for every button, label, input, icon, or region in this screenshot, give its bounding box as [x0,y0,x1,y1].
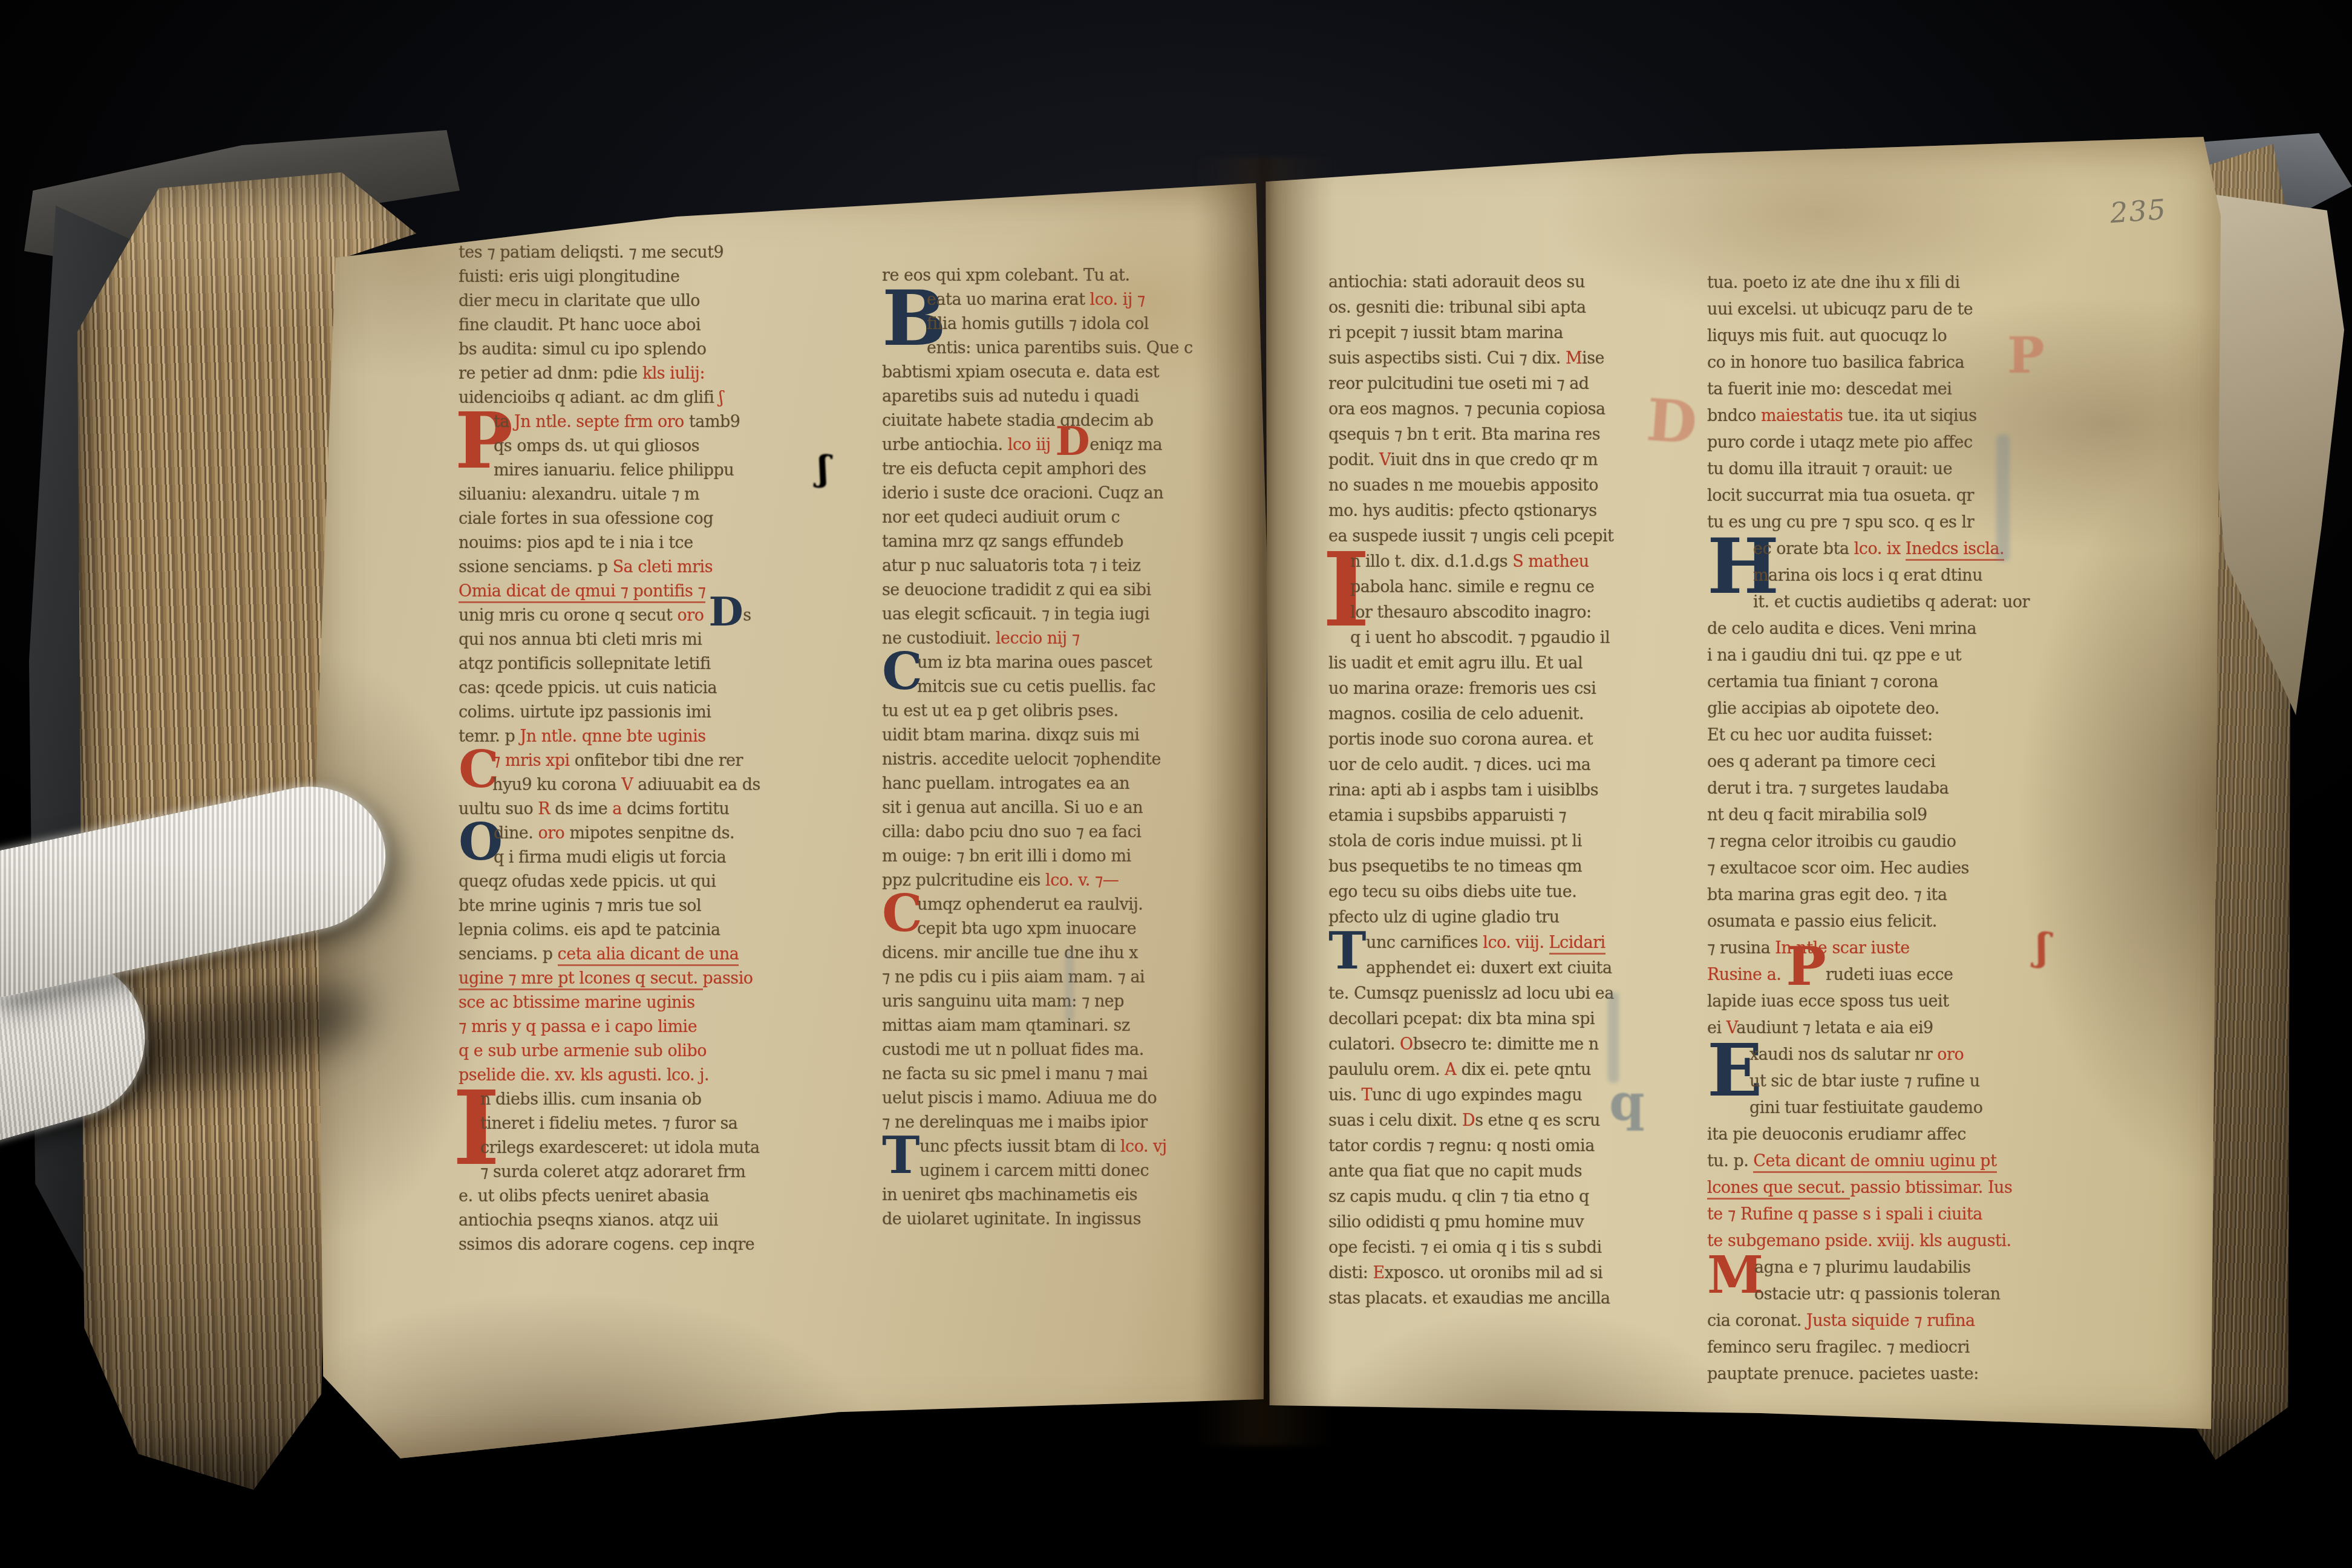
text-run: uas elegit scficauit. ⁊ in tegia iugi [882,605,1149,624]
text-run: dier mecu in claritate que ullo [459,292,700,310]
text-run: iderio i suste dce oracioni. Cuqz an [882,484,1163,503]
text-run: eata uo marina erat [927,290,1090,309]
text-line: ⁊ mris y q passa e i capo limie [459,1015,828,1039]
text-line: etamia i supsbibs apparuisti ⁊ [1328,803,1688,829]
text-line: colims. uirtute ipz passionis imi [459,701,828,725]
text-run: ⁊ exultacoe scor oim. Hec audies [1707,859,1969,878]
text-line: uas elegit scficauit. ⁊ in tegia iugi [882,603,1251,627]
text-run: audiunt ⁊ letata e aia ei9 [1736,1019,1933,1037]
text-run: tamb9 [689,413,740,431]
text-line: urbe antiochia. lco iij Deniqz ma [882,433,1251,457]
text-run: Et cu hec uor audita fuisset: [1707,726,1933,745]
illuminated-initial: B [882,288,927,361]
text-line: iderio i suste dce oracioni. Cuqz an [882,482,1251,506]
text-line: pfecto ulz di ugine gladio tru [1328,905,1688,930]
text-run: tamina mrz qz sangs effundeb [882,532,1123,551]
text-run: siluaniu: alexandru. uitale ⁊ m [459,485,699,504]
text-run: q i uent ho abscodit. ⁊ pgaudio il [1350,629,1610,647]
text-run: T [1362,1086,1373,1105]
text-line: it. et cuctis audietibs q aderat: uor [1707,589,2061,616]
text-line: ostacie utr: q passionis toleran [1707,1281,2061,1308]
text-run: osumata e passio eius felicit. [1707,912,1937,931]
text-run: ego tecu su oibs diebs uite tue. [1328,883,1576,901]
text-run: atqz pontificis sollepnitate letifi [459,655,711,673]
text-line: tes ⁊ patiam deliqsti. ⁊ me secut9 [459,241,828,265]
text-line: hanc puellam. introgates ea an [882,772,1251,796]
text-run: uidencioibs q adiant. ac dm glifi [459,388,714,407]
text-run: ppz pulcritudine eis [882,871,1045,890]
text-run: s etne q es scru [1475,1111,1600,1130]
text-run: etamia i supsbibs apparuisti ⁊ [1328,806,1566,825]
text-run: aparetibs suis ad nutedu i quadi [882,387,1139,406]
text-run: urbe antiochia. [882,436,1008,454]
text-run: lapide iuas ecce sposs tus ueit [1707,992,1949,1011]
text-run: qui nos annua bti cleti mris mi [459,630,702,649]
text-run: n diebs illis. cum insania ob [480,1090,702,1109]
text-run: um iz bta marina oues pascet [917,653,1152,672]
text-line: bus psequetibs te no timeas qm [1328,854,1688,880]
text-line: rina: apti ab i aspbs tam i uisiblbs [1328,778,1688,803]
text-line: uui excelsi. ut ubicuqz paru de te [1707,296,2061,323]
text-line: ego tecu su oibs diebs uite tue. [1328,880,1688,905]
text-run: dine. [494,824,538,843]
illuminated-initial: D [708,588,743,635]
text-line: de uiolaret uginitate. In ingissus [882,1207,1251,1232]
text-run: silio odidisti q pmu homine muv [1328,1213,1584,1232]
text-line: Magna e ⁊ plurimu laudabilis [1707,1255,2061,1281]
text-line: marina ois locs i q erat dtinu [1707,563,2061,589]
text-run: co in honore tuo basilica fabrica [1707,353,1964,372]
text-line: silio odidisti q pmu homine muv [1328,1210,1688,1235]
text-line: Tunc carnifices lco. viij. Lcidari [1328,930,1688,956]
text-run: culatori. [1328,1035,1400,1054]
text-run: oro [677,606,708,625]
text-line: bte mrine uginis ⁊ mris tue sol [459,894,828,918]
illuminated-initial: C [459,749,492,797]
text-line: In illo t. dix. d.1.d.gs S matheu [1328,549,1688,575]
text-run: agna e ⁊ plurimu laudabilis [1754,1258,1971,1277]
text-line: Rusine a. Prudeti iuas ecce [1707,962,2061,988]
text-line: mo. hys auditis: pfecto qstionarys [1328,498,1688,524]
text-run: iuit dns in que credo qr m [1391,451,1598,469]
text-line: ciale fortes in sua ofessione cog [459,507,828,531]
text-line: decollari pcepat: dix bta mina spi [1328,1007,1688,1032]
text-line: qs omps ds. ut qui gliosos [459,434,828,459]
text-run: ut sic de btar iuste ⁊ rufine u [1749,1072,1980,1091]
text-run: nouims: pios apd te i nia i tce [459,534,693,552]
text-line: senciams. p ceta alia dicant de una [459,942,828,967]
text-line: q i firma mudi eligis ut forcia [459,846,828,870]
text-line: tineret i fideliu metes. ⁊ furor sa [459,1112,828,1136]
text-run: antiochia pseqns xianos. atqz uii [459,1211,718,1230]
text-line: sz capis mudu. q clin ⁊ tia etno q [1328,1184,1688,1210]
illuminated-initial: H [1707,536,1753,609]
text-line: ssimos dis adorare cogens. cep inqre [459,1233,828,1257]
text-run: sz capis mudu. q clin ⁊ tia etno q [1328,1187,1589,1206]
text-line: unig mris cu orone q secut oro Ds [459,604,828,628]
text-run: qs omps ds. ut qui gliosos [494,437,699,456]
text-run: unig mris cu orone q secut [459,606,677,625]
text-run: e. ut olibs pfects ueniret abasia [459,1187,709,1206]
text-line: In diebs illis. cum insania ob [459,1088,828,1112]
text-run: de celo audita e dices. Veni mrina [1707,619,1976,638]
text-run: i na i gaudiu dni tui. qz ppe e ut [1707,646,1961,665]
text-line: ⁊ ne derelinquas me i maibs ipior [882,1111,1251,1135]
text-run: ri pcepit ⁊ iussit btam marina [1328,324,1563,342]
text-run: cilla: dabo pciu dno suo ⁊ ea faci [882,823,1141,841]
text-run: tator cordis ⁊ regnu: q nosti omia [1328,1137,1595,1155]
text-run: R [538,800,555,818]
illuminated-initial: C [882,651,917,699]
text-line: Et cu hec uor audita fuisset: [1707,722,2061,749]
text-run: bndco [1707,407,1761,425]
text-run: M [1566,349,1582,368]
right-page-column-1: antiochia: stati adorauit deos suos. ges… [1328,270,1688,1312]
text-run: rina: apti ab i aspbs tam i uisiblbs [1328,781,1598,800]
text-line: aparetibs suis ad nutedu i quadi [882,385,1251,409]
text-line: derut i tra. ⁊ surgetes laudaba [1707,776,2061,802]
text-run: paululu orem. [1328,1060,1445,1079]
text-line: te ⁊ Rufine q passe s i spali i ciuita [1707,1201,2061,1228]
text-run: hanc puellam. introgates ea an [882,774,1129,793]
text-line: siluaniu: alexandru. uitale ⁊ m [459,483,828,507]
text-run: O [1400,1035,1413,1054]
text-line: ⁊ regna celor itroibis cu gaudio [1707,829,2061,855]
text-run: custodi me ut n polluat fides ma. [882,1040,1144,1059]
text-run: unc carnifices [1366,933,1483,952]
text-run: onfitebor tibi dne rer [575,751,743,770]
text-line: apphendet ei: duxert ext ciuita [1328,956,1688,981]
text-line: fine claudit. Pt hanc uoce aboi [459,313,828,338]
text-run: Omia dicat de qmui ⁊ pontifis ⁊ [459,582,705,603]
text-run: de uiolaret uginitate. In ingissus [882,1210,1141,1229]
text-run: leccio nij ⁊ [996,629,1080,648]
text-run: disti: [1328,1264,1373,1282]
text-run: ta fuerit inie mo: descedat mei [1707,380,1952,399]
text-run: ita pie deuoconis erudiamr affec [1707,1125,1966,1144]
text-run: V [621,776,638,794]
text-line: feminco seru fragilec. ⁊ mediocri [1707,1334,2061,1361]
text-run: pfecto ulz di ugine gladio tru [1328,908,1560,927]
text-line: babtismi xpiam osecuta e. data est [882,361,1251,385]
text-run: bta marina gras egit deo. ⁊ ita [1707,886,1947,904]
text-line: pabola hanc. simile e regnu ce [1328,575,1688,600]
text-run: uultu suo [459,800,538,818]
text-run: rudeti iuas ecce [1826,965,1953,984]
text-line: ora eos magnos. ⁊ pecunia copiosa [1328,397,1688,422]
text-run: re eos qui xpm colebant. Tu at. [882,266,1130,285]
text-run: no suades n me mouebis apposito [1328,476,1598,495]
text-run: tes ⁊ patiam deliqsti. ⁊ me secut9 [459,243,724,262]
text-line: uidit btam marina. dixqz suis mi [882,724,1251,748]
text-run: tre eis defucta cepit amphori des [882,460,1146,479]
text-run: Justa siquide ⁊ rufina [1806,1312,1975,1330]
text-line: re petier ad dnm: pdie kls iulij: [459,362,828,386]
text-line: ⁊ mris xpi Confitebor tibi dne rer [459,749,828,773]
text-line: magnos. cosilia de celo aduenit. [1328,702,1688,727]
text-run: uor de celo audit. ⁊ dices. uci ma [1328,756,1590,774]
text-run: unc pfects iussit btam di [920,1137,1120,1156]
text-run: antiochia: stati adorauit deos su [1328,273,1585,292]
text-line: ri pcepit ⁊ iussit btam marina [1328,321,1688,346]
text-run: feminco seru fragilec. ⁊ mediocri [1707,1338,1970,1357]
text-run: babtismi xpiam osecuta e. data est [882,363,1159,382]
text-run: passio btissimar. Ius [1850,1178,2012,1197]
text-line: ⁊ exultacoe scor oim. Hec audies [1707,855,2061,882]
text-run: qsequis ⁊ bn t erit. Bta marina res [1328,425,1600,444]
text-line: pselide die. xv. kls agusti. lco. j. [459,1063,828,1088]
text-line: uidencioibs q adiant. ac dm glifi ʃ [459,386,828,410]
text-run: Jn ntle. qnne bte uginis [520,727,705,746]
text-run: glie accipias ab oipotete deo. [1707,699,1939,718]
text-run: re petier ad dnm: pdie [459,364,642,383]
text-run: pabola hanc. simile e regnu ce [1350,578,1595,596]
text-run: se deuocione tradidit z qui ea sibi [882,581,1151,599]
text-line: Omia dicat de qmui ⁊ pontifis ⁊ [459,580,828,604]
text-run: uis. [1328,1086,1362,1105]
text-run: cepit bta ugo xpm inuocare [917,920,1136,938]
text-run: A [1445,1060,1456,1079]
text-line: ea suspede iussit ⁊ ungis celi pcepit [1328,524,1688,549]
text-run: dcims fortitu [627,800,729,818]
text-line: stola de coris indue muissi. pt li [1328,829,1688,854]
text-run: queqz ofudas xede ppicis. ut qui [459,872,716,891]
text-line: lapide iuas ecce sposs tus ueit [1707,988,2061,1015]
text-run: S matheu [1512,552,1589,571]
text-run: tu es ung cu pre ⁊ spu sco. q es lr [1707,513,1974,532]
text-line: bta marina gras egit deo. ⁊ ita [1707,882,2061,909]
text-run: ⁊ mris y q passa e i capo limie [459,1018,697,1036]
text-run: uelut piscis i mamo. Adiuua me do [882,1089,1157,1108]
text-run: xposco. ut oronibs mil ad si [1385,1264,1603,1282]
text-line: gini tuar festiuitate gaudemo [1707,1095,2061,1122]
text-run: os. gesniti die: tribunal sibi apta [1328,298,1586,317]
text-line: ope fecisti. ⁊ ei omia q i tis s subdi [1328,1235,1688,1261]
text-line: no suades n me mouebis apposito [1328,473,1688,498]
text-run: lco iij [1008,436,1056,454]
text-line: tre eis defucta cepit amphori des [882,457,1251,482]
text-line: oes q aderant pa timore ceci [1707,749,2061,776]
illuminated-initial: E [1707,1042,1749,1114]
text-line: tua. poeto iz ate dne ihu x fili di [1707,270,2061,296]
text-run: kls iulij: [642,364,705,383]
text-run: bte mrine uginis ⁊ mris tue sol [459,897,701,915]
text-run: cas: qcede ppicis. ut cuis naticia [459,679,717,697]
illuminated-initial: T [1328,930,1366,979]
text-run: mipotes senpitne ds. [569,824,734,843]
text-run: ante qua fiat que no capit muds [1328,1162,1582,1181]
text-run: lco. vj [1120,1137,1167,1156]
text-run: ope fecisti. ⁊ ei omia q i tis s subdi [1328,1238,1602,1257]
text-line: tu. p. Ceta dicant de omniu uginu pt [1707,1148,2061,1175]
text-line: de celo audita e dices. Veni mrina [1707,616,2061,642]
text-run: puro corde i utaqz mete pio affec [1707,433,1973,452]
text-run: marina ois locs i q erat dtinu [1753,566,1982,585]
text-line: ante qua fiat que no capit muds [1328,1159,1688,1184]
left-page-column-1: tes ⁊ patiam deliqsti. ⁊ me secut9fuisti… [459,241,828,1257]
text-run: mires ianuariu. felice philippu [494,461,734,480]
pigment-smudge [1065,950,1074,1022]
text-run: ciuitate habete stadia qndecim ab [882,411,1153,430]
text-line: ⁊ rusina In ntle scar iuste [1707,935,2061,962]
text-run: uginem i carcem mitti donec [920,1161,1149,1180]
text-run: m ouige: ⁊ bn erit illi i domo mi [882,847,1131,866]
text-run: ne custodiuit. [882,629,996,648]
text-run: lepnia colims. eis apd te patcinia [459,921,720,939]
text-line: custodi me ut n polluat fides ma. [882,1038,1251,1062]
text-run: filia homis gutills ⁊ idola col [927,315,1149,333]
text-run: eniqz ma [1089,436,1162,454]
text-run: ostacie utr: q passionis toleran [1754,1285,2001,1304]
text-line: disti: Exposco. ut oronibs mil ad si [1328,1261,1688,1286]
text-line: ne custodiuit. leccio nij ⁊ [882,627,1251,651]
text-run: V [1726,1019,1737,1037]
text-run: uris sanguinu uita mam: ⁊ nep [882,992,1124,1011]
text-line: lor thesauro abscodito inagro: [1328,600,1688,626]
text-line: ne facta su sic pmel i manu ⁊ mai [882,1062,1251,1086]
text-run: ʃ [714,388,723,407]
text-line: cepit bta ugo xpm inuocare [882,917,1251,941]
text-line: lcones que secut. passio btissimar. Ius [1707,1175,2061,1201]
text-line: ssione senciams. p Sa cleti mris [459,555,828,580]
text-run: tua. poeto iz ate dne ihu x fili di [1707,273,1960,292]
text-line: culatori. Obsecro te: dimitte me n [1328,1032,1688,1057]
text-line: Beata uo marina erat lco. ij ⁊ [882,288,1251,312]
text-run: liquys mis fuit. aut quocuqz lo [1707,327,1947,345]
text-line: sit i genua aut ancilla. Si uo e an [882,796,1251,820]
illuminated-initial: T [882,1135,920,1183]
text-line: ppz pulcritudine eis lco. v. ⁊— [882,869,1251,893]
text-line: dine. oro Omipotes senpitne ds. [459,822,828,846]
text-line: queqz ofudas xede ppicis. ut qui [459,870,828,894]
text-run: ec orate bta [1753,540,1854,558]
illuminated-initial: O [459,822,494,870]
text-run: lco. ix [1854,540,1906,558]
ghost-capital: P [2007,327,2045,385]
text-run: hyu9 ku corona [492,776,621,794]
text-run: crilegs exardesceret: ut idola muta [480,1138,760,1157]
text-line: ⁊ surda coleret atqz adoraret frm [459,1160,828,1184]
text-run: mitcis sue cu cetis puellis. fac [917,678,1155,696]
text-line: qui nos annua bti cleti mris mi [459,628,828,652]
text-run: dix ei. pete qntu [1456,1060,1591,1079]
text-run: cia coronat. [1707,1312,1806,1330]
text-run: uo marina oraze: fremoris ues csi [1328,679,1596,698]
text-line: tamina mrz qz sangs effundeb [882,530,1251,554]
text-run: Jn ntle. septe frm oro [514,413,689,431]
text-line: reor pulcitudini tue oseti mi ⁊ ad [1328,371,1688,397]
text-line: qsequis ⁊ bn t erit. Bta marina res [1328,422,1688,448]
text-run: certamia tua finiant ⁊ corona [1707,673,1938,691]
text-line: filia homis gutills ⁊ idola col [882,312,1251,336]
text-run: ds ime [555,800,612,818]
text-line: i na i gaudiu dni tui. qz ppe e ut [1707,642,2061,669]
text-run: it. et cuctis audietibs q aderat: uor [1753,593,2030,612]
text-line: mitcis sue cu cetis puellis. fac [882,675,1251,699]
text-run: lco. v. ⁊— [1045,871,1119,890]
text-line: uo marina oraze: fremoris ues csi [1328,676,1688,702]
text-run: bs audita: simul cu ipo splendo [459,340,707,359]
text-run: colims. uirtute ipz passionis imi [459,703,711,722]
text-run: tu. p. [1707,1152,1753,1171]
text-run: suis aspectibs sisti. Cui ⁊ dix. [1328,349,1566,368]
text-line: suis aspectibs sisti. Cui ⁊ dix. Mise [1328,346,1688,371]
text-run: tue. ita ut siqius [1843,407,1976,425]
text-run: unc di ugo expindes magu [1372,1086,1582,1105]
text-line: podit. Viuit dns in que credo qr m [1328,448,1688,473]
text-run: q e sub urbe armenie sub olibo [459,1042,707,1060]
text-run: decollari pcepat: dix bta mina spi [1328,1010,1595,1028]
text-run: pauptate prenuce. pacietes uaste: [1707,1365,1979,1383]
text-line: glie accipias ab oipotete deo. [1707,696,2061,722]
text-run: umqz ophenderut ea raulvij. [917,895,1143,914]
text-run: ⁊ rusina [1707,939,1775,958]
text-run: tu domu illa itrauit ⁊ orauit: ue [1707,460,1952,479]
text-run: senciams. p [459,945,558,964]
text-run: ei [1707,1019,1726,1037]
text-line: nistris. accedite uelocit ⁊ophendite [882,748,1251,772]
text-run: derut i tra. ⁊ surgetes laudaba [1707,779,1949,798]
text-line: Cumqz ophenderut ea raulvij. [882,893,1251,917]
text-run: lor thesauro abscodito inagro: [1350,603,1592,622]
text-run: pselide die. xv. kls agusti. lco. j. [459,1066,709,1085]
text-run: adiuuabit ea ds [638,776,760,794]
text-run: te subgemano pside. xviij. kls augusti. [1707,1232,2011,1250]
text-run: ⁊ surda coleret atqz adoraret frm [480,1163,745,1181]
text-line: osumata e passio eius felicit. [1707,909,2061,935]
text-run: sit i genua aut ancilla. Si uo e an [882,799,1143,817]
text-line: se deuocione tradidit z qui ea sibi [882,578,1251,603]
text-run: lco. viij. [1483,933,1549,952]
text-line: bndco maiestatis tue. ita ut siqius [1707,403,2061,430]
text-run: in ueniret qbs machinametis eis [882,1186,1137,1204]
text-line: te subgemano pside. xviij. kls augusti. [1707,1228,2061,1255]
text-line: entis: unica parentibs suis. Que c [882,336,1251,361]
text-run: lcones que secut. [1707,1178,1850,1200]
text-run: stas placats. et exaudias me ancilla [1328,1289,1610,1308]
text-line: nouims: pios apd te i nia i tce [459,531,828,555]
text-line: te. Cumsqz puenisslz ad locu ubi ea [1328,981,1688,1007]
ghost-capital: D [1644,385,1699,457]
text-run: nt deu q facit mirabilia sol9 [1707,806,1927,825]
text-line: uultu suo R ds ime a dcims fortitu [459,797,828,822]
text-line: nt deu q facit mirabilia sol9 [1707,802,2061,829]
text-run: a [612,800,627,818]
folio-number: 235 [2109,193,2167,229]
text-run: xaudi nos ds salutar nr [1749,1045,1937,1064]
text-run: bsecro te: dimitte me n [1413,1035,1599,1054]
text-run: tu est ut ea p get olibris pses. [882,702,1118,720]
text-run: nistris. accedite uelocit ⁊ophendite [882,750,1161,769]
text-run: V [1379,451,1391,469]
text-run: locit succurrat mia tua osueta. qr [1707,486,1974,505]
text-run: Inedcs iscla. [1906,540,2004,561]
text-line: antiochia pseqns xianos. atqz uii [459,1209,828,1233]
text-run: ta [494,413,514,431]
text-line: uginem i carcem mitti donec [882,1159,1251,1183]
illuminated-initial: I [1322,549,1350,646]
text-run: n illo t. dix. d.1.d.gs [1350,552,1512,571]
text-line: Cum iz bta marina oues pascet [882,651,1251,675]
text-line: antiochia: stati adorauit deos su [1328,270,1688,295]
text-run: D [1462,1111,1475,1130]
text-line: ita pie deuoconis erudiamr affec [1707,1122,2061,1148]
text-run: ceta alia dicant de una [558,945,739,966]
text-run: mo. hys auditis: pfecto qstionarys [1328,501,1597,520]
text-line: certamia tua finiant ⁊ corona [1707,669,2061,696]
text-run: ⁊ mris xpi [492,751,575,770]
text-line: Exaudi nos ds salutar nr oro [1707,1042,2061,1068]
